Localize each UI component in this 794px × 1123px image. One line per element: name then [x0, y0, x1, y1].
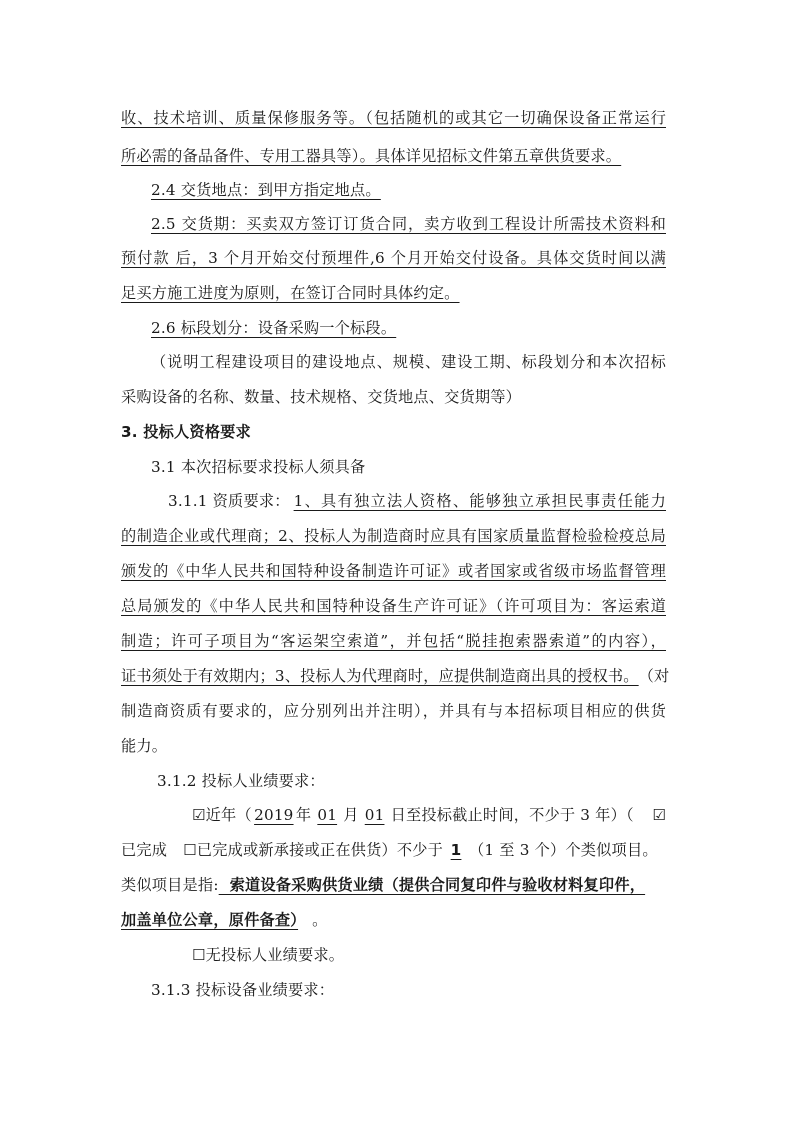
paragraph-line: 制造商资质有要求的，应分别列出并注明），并具有与本招标项目相应的供货 — [121, 701, 666, 721]
completed-label: 已完成 — [121, 840, 167, 860]
section-3-1-1: 3.1.1 资质要求： 1、具有独立法人资格、能够独立承担民事责任能力 — [168, 491, 666, 511]
document-page: 收、技术培训、质量保修服务等。（包括随机的或其它一切确保设备正常运行 所必需的备… — [0, 0, 794, 1123]
count-rest: （1 至 3 个）个类似项目。 — [469, 841, 658, 859]
section-2-5: 2.5 交货期：买卖双方签订订货合同，卖方收到工程设计所需技术资料和 — [151, 214, 666, 234]
period: 。 — [312, 911, 327, 929]
similar-prefix: 类似项目是指: — [121, 875, 219, 895]
note-open: （对 — [639, 666, 670, 686]
paragraph-line: 证书须处于有效期内；3、投标人为代理商时，应提供制造商出具的授权书。 （对 — [121, 666, 666, 686]
recent-years-checkbox[interactable]: ☑ — [192, 806, 206, 824]
new-contract-checkbox[interactable]: ☐ — [183, 841, 197, 859]
month-unit: 月 — [343, 806, 358, 824]
section-3-1: 3.1 本次招标要求投标人须具备 — [151, 457, 365, 477]
paragraph-line: 总局颁发的《中华人民共和国特种设备生产许可证》（许可项目为：客运索道 — [121, 596, 666, 616]
paragraph-line: 预付款 后，3 个月开始交付预埋件,6 个月开始交付设备。具体交货时间以满 — [121, 248, 666, 268]
recent-label: 近年（ — [206, 806, 252, 824]
paragraph-line: 所必需的备品备件、专用工器具等）。具体详见招标文件第五章供货要求。 — [121, 146, 621, 166]
qualification-label: 3.1.1 资质要求： — [168, 491, 290, 511]
paragraph-line: 的制造企业或代理商；2、投标人为制造商时应具有国家质量监督检验检疫总局 — [121, 526, 666, 546]
no-performance-row: ☐无投标人业绩要求。 — [192, 945, 344, 965]
paragraph-line: 制造；许可子项目为“客运架空索道”，并包括“脱挂抱索器索道”的内容）， — [121, 631, 666, 651]
performance-recent-row: ☑近年（2019年01月01日至投标截止时间，不少于 3 年）（ ☑ — [192, 805, 666, 825]
count-field[interactable]: 1 — [443, 840, 469, 860]
qualification-text-end: 证书须处于有效期内；3、投标人为代理商时，应提供制造商出具的授权书。 — [121, 666, 639, 686]
paragraph-line: 能力。 — [121, 736, 167, 756]
completed-checkbox[interactable]: ☑ — [652, 805, 666, 825]
year-field[interactable]: 2019 — [252, 805, 296, 825]
qualification-text: 1、具有独立法人资格、能够独立承担民事责任能力 — [290, 491, 666, 511]
no-performance-checkbox[interactable]: ☐ — [192, 946, 206, 964]
month-field[interactable]: 01 — [311, 805, 343, 825]
similar-project-row-2: 加盖单位公章，原件备查）。 — [121, 910, 327, 930]
day-field[interactable]: 01 — [359, 805, 391, 825]
no-performance-label: 无投标人业绩要求。 — [206, 946, 345, 964]
section-3-1-2: 3.1.2 投标人业绩要求： — [157, 771, 325, 791]
day-rest: 日至投标截止时间，不少于 3 年）（ — [391, 806, 634, 824]
similar-project-text: 索道设备采购供货业绩（提供合同复印件与验收材料复印件， — [219, 875, 666, 895]
new-contract-label: 已完成或新承接或正在供货）不少于 — [197, 841, 443, 859]
paragraph-line: 颁发的《中华人民共和国特种设备制造许可证》或者国家或省级市场监督管理 — [121, 561, 666, 581]
year-unit: 年 — [296, 806, 311, 824]
section-3-1-3: 3.1.3 投标设备业绩要求： — [151, 980, 334, 1000]
section-2-4: 2.4 交货地点：到甲方指定地点。 — [151, 180, 381, 200]
section-2-6: 2.6 标段划分：设备采购一个标段。 — [151, 318, 396, 338]
similar-project-row: 类似项目是指: 索道设备采购供货业绩（提供合同复印件与验收材料复印件， — [121, 875, 666, 895]
paragraph-line: 足买方施工进度为原则，在签订合同时具体约定。 — [121, 283, 460, 303]
paragraph-line: 采购设备的名称、数量、技术规格、交货地点、交货期等） — [121, 387, 521, 407]
performance-count-row: 已完成 ☐已完成或新承接或正在供货）不少于1（1 至 3 个）个类似项目。 — [121, 840, 666, 860]
note-paragraph: （说明工程建设项目的建设地点、规模、建设工期、标段划分和本次招标 — [151, 352, 666, 372]
paragraph-line: 收、技术培训、质量保修服务等。（包括随机的或其它一切确保设备正常运行 — [121, 108, 666, 128]
similar-project-text-2: 加盖单位公章，原件备查） — [121, 911, 312, 929]
section-3-heading: 3. 投标人资格要求 — [121, 422, 251, 442]
